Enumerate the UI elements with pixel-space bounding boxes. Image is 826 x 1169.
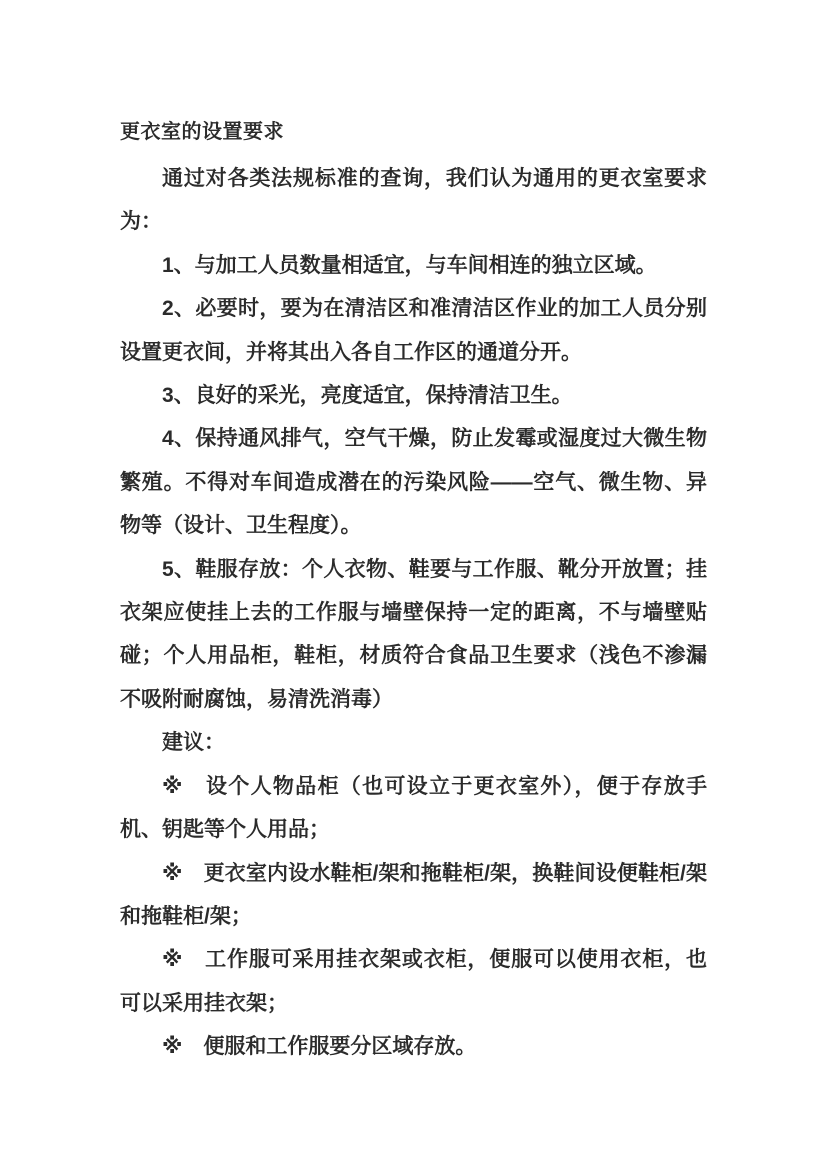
document-title: 更衣室的设置要求 bbox=[120, 118, 707, 146]
bullet-paragraph: ※ 便服和工作服要分区域存放。 bbox=[120, 1025, 707, 1068]
bullet-paragraph: ※ 设个人物品柜（也可设立于更衣室外），便于存放手机、钥匙等个人用品； bbox=[120, 765, 707, 852]
bullet-paragraph: ※ 工作服可采用挂衣架或衣柜，便服可以使用衣柜，也可以采用挂衣架； bbox=[120, 938, 707, 1025]
document-page: 更衣室的设置要求 通过对各类法规标准的查询，我们认为通用的更衣室要求为：1、与加… bbox=[0, 0, 826, 1169]
document-body: 通过对各类法规标准的查询，我们认为通用的更衣室要求为：1、与加工人员数量相适宜，… bbox=[120, 157, 707, 1069]
bullet-paragraph: ※ 更衣室内设水鞋柜/架和拖鞋柜/架，换鞋间设便鞋柜/架和拖鞋柜/架； bbox=[120, 852, 707, 939]
paragraph: 1、与加工人员数量相适宜，与车间相连的独立区域。 bbox=[120, 244, 707, 287]
paragraph: 3、良好的采光，亮度适宜，保持清洁卫生。 bbox=[120, 374, 707, 417]
paragraph: 4、保持通风排气，空气干燥，防止发霉或湿度过大微生物繁殖。不得对车间造成潜在的污… bbox=[120, 417, 707, 547]
paragraph: 5、鞋服存放：个人衣物、鞋要与工作服、靴分开放置；挂衣架应使挂上去的工作服与墙壁… bbox=[120, 548, 707, 722]
paragraph: 建议： bbox=[120, 721, 707, 764]
paragraph: 通过对各类法规标准的查询，我们认为通用的更衣室要求为： bbox=[120, 157, 707, 244]
paragraph: 2、必要时，要为在清洁区和准清洁区作业的加工人员分别设置更衣间，并将其出入各自工… bbox=[120, 287, 707, 374]
